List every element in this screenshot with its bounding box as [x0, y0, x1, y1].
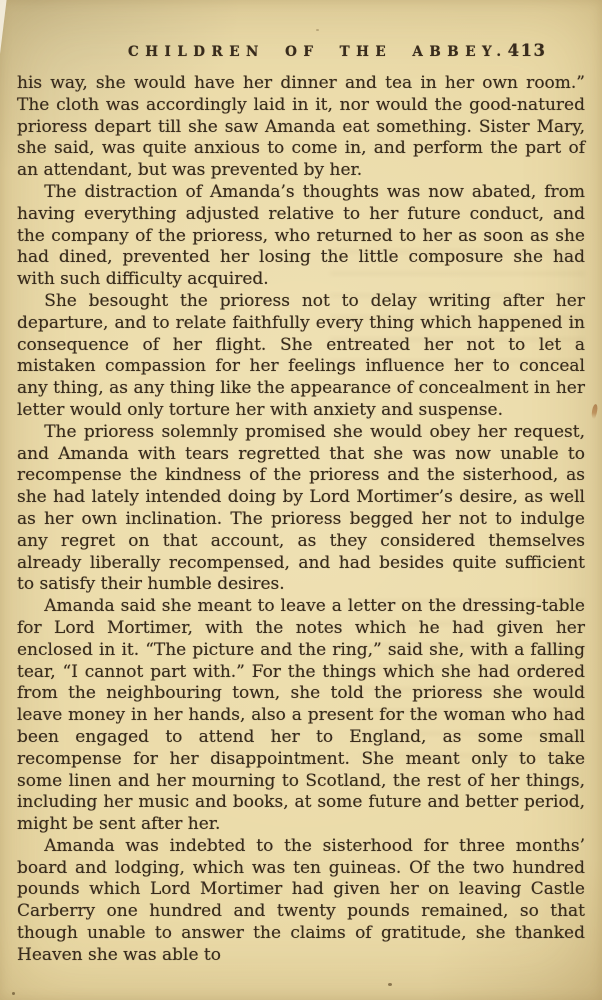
- page-body: his way, she would have her dinner and t…: [17, 73, 585, 967]
- running-header: CHILDREN OF THE ABBEY. 413: [128, 41, 526, 60]
- paragraph: The prioress solemnly promised she would…: [17, 422, 585, 596]
- book-title-header: CHILDREN OF THE ABBEY.: [128, 44, 508, 60]
- scan-speck: [12, 992, 15, 995]
- paragraph: Amanda said she meant to leave a letter …: [17, 596, 585, 836]
- book-page-scan: CHILDREN OF THE ABBEY. 413 his way, she …: [0, 0, 602, 1000]
- paragraph: his way, she would have her dinner and t…: [17, 73, 585, 182]
- scan-edge-sliver: [0, 0, 11, 54]
- page-number: 413: [508, 41, 547, 60]
- scan-ink-mark: [591, 404, 599, 420]
- paragraph: Amanda was indebted to the sisterhood fo…: [17, 836, 585, 967]
- paragraph: The distraction of Amanda’s thoughts was…: [17, 182, 585, 291]
- scan-speck: [527, 937, 530, 939]
- paragraph: She besought the prioress not to delay w…: [17, 291, 585, 422]
- scan-speck: [316, 29, 319, 31]
- scan-speck: [388, 983, 392, 986]
